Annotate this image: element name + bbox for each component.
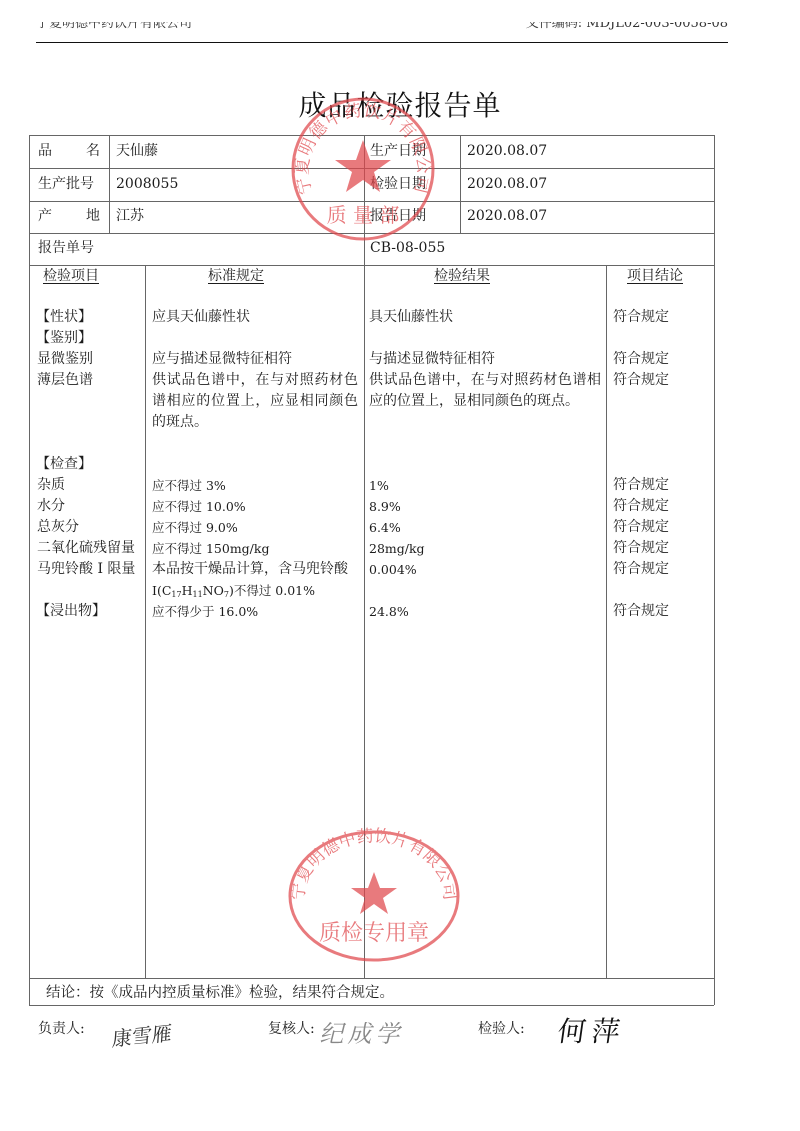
table-border-right (714, 135, 715, 1005)
table-row-item: 总灰分 (37, 517, 79, 538)
table-row-conclusion: 符合规定 (613, 349, 669, 370)
origin-value: 江苏 (116, 206, 144, 227)
table-row-item: 马兜铃酸 I 限量 (37, 559, 135, 580)
col-divider (145, 265, 146, 978)
row-divider (29, 233, 714, 234)
reviewer-label: 复核人: (268, 1018, 315, 1038)
overall-conclusion: 结论：按《成品内控质量标准》检验，结果符合规定。 (46, 983, 394, 1004)
table-row-standard: 应不得过 3% (152, 475, 226, 496)
quality-inspection-seal: 宁夏明德中药饮片有限公司 质检专用章 (284, 826, 464, 966)
table-row-conclusion: 符合规定 (613, 475, 669, 496)
table-row-standard: 应不得过 10.0% (152, 496, 246, 517)
table-row-standard: 供试品色谱中，在与对照药材色谱相应的位置上，应显相同颜色的斑点。 (152, 370, 358, 433)
table-row-item: 水分 (37, 496, 65, 517)
table-border-top (29, 135, 714, 136)
production-date-value: 2020.08.07 (467, 141, 547, 162)
table-row-standard: 应不得过 9.0% (152, 517, 238, 538)
table-row-result: 0.004% (369, 559, 417, 580)
table-row-conclusion: 符合规定 (613, 517, 669, 538)
table-row-result: 8.9% (369, 496, 401, 517)
table-row-result: 与描述显微特征相符 (369, 349, 495, 370)
row-divider (29, 978, 714, 979)
col-header-result: 检验结果 (434, 266, 490, 287)
responsible-signature: 康雪雁 (111, 1017, 173, 1053)
table-row-item: 杂质 (37, 475, 65, 496)
table-row-result: 24.8% (369, 601, 409, 622)
table-row-item: 显微鉴别 (37, 349, 93, 370)
company-name: 宁夏明德中药饮片有限公司 (36, 22, 192, 30)
svg-text:宁夏明德中药饮片有限公司: 宁夏明德中药饮片有限公司 (288, 826, 459, 901)
table-row-standard: 应不得过 150mg/kg (152, 538, 269, 559)
table-row-result: 1% (369, 475, 389, 496)
col-divider (460, 135, 461, 233)
table-border-left (29, 135, 30, 1005)
report-no-label: 报告单号 (38, 238, 94, 259)
table-row-standard: 应不得少于 16.0% (152, 601, 258, 622)
table-row-item: 薄层色谱 (37, 370, 93, 391)
table-row-conclusion: 符合规定 (613, 601, 669, 622)
table-row-item: 二氧化硫残留量 (37, 538, 135, 559)
page-title: 成品检验报告单 (40, 84, 760, 124)
product-name-label: 品名 (38, 141, 100, 162)
table-row-item: 【浸出物】 (36, 601, 106, 622)
table-row-conclusion: 符合规定 (613, 538, 669, 559)
production-date-label: 生产日期 (370, 141, 426, 162)
col-divider (606, 265, 607, 978)
table-row-result: 供试品色谱中，在与对照药材色谱相应的位置上，显相同颜色的斑点。 (369, 370, 601, 412)
document-code: 文件编码: MDJL02-003-0058-08 (526, 22, 728, 30)
table-border-bottom (29, 1005, 714, 1006)
origin-label: 产地 (38, 206, 100, 227)
table-row-result: 具天仙藤性状 (369, 307, 453, 328)
report-date-value: 2020.08.07 (467, 206, 547, 227)
table-row-conclusion: 符合规定 (613, 307, 669, 328)
product-name-value: 天仙藤 (116, 141, 158, 162)
svg-text:质检专用章: 质检专用章 (319, 921, 429, 946)
table-row-item: 【鉴别】 (36, 328, 92, 349)
col-divider (364, 135, 365, 265)
col-header-item: 检验项目 (43, 266, 99, 287)
inspector-label: 检验人: (478, 1018, 525, 1038)
col-divider (109, 135, 110, 233)
inspector-signature: 何萍 (555, 1010, 629, 1050)
table-row-standard-formula: I(C17H11NO7)不得过 0.01% (152, 580, 315, 601)
col-header-standard: 标准规定 (208, 266, 264, 287)
table-row-result: 28mg/kg (369, 538, 425, 559)
row-divider (29, 265, 714, 266)
table-row-standard: 应与描述显微特征相符 (152, 349, 292, 370)
batch-label: 生产批号 (38, 174, 94, 195)
header-rule (36, 42, 728, 43)
table-row-item: 【检查】 (36, 454, 92, 475)
running-header: 宁夏明德中药饮片有限公司 文件编码: MDJL02-003-0058-08 (36, 22, 728, 42)
inspection-date-value: 2020.08.07 (467, 174, 547, 195)
col-divider (364, 265, 365, 978)
table-row-conclusion: 符合规定 (613, 496, 669, 517)
table-row-conclusion: 符合规定 (613, 559, 669, 580)
row-divider (29, 201, 714, 202)
table-row-standard: 本品按干燥品计算，含马兜铃酸 (152, 559, 348, 580)
report-no-value: CB-08-055 (370, 238, 445, 259)
reviewer-signature: 纪成学 (318, 1014, 411, 1049)
responsible-label: 负责人: (38, 1018, 85, 1038)
table-row-result: 6.4% (369, 517, 401, 538)
batch-value: 2008055 (116, 174, 178, 195)
report-date-label: 报告日期 (370, 206, 426, 227)
table-row-standard: 应具天仙藤性状 (152, 307, 250, 328)
star-icon (351, 872, 397, 914)
inspection-date-label: 检验日期 (370, 174, 426, 195)
row-divider (29, 168, 714, 169)
col-header-conclusion: 项目结论 (627, 266, 683, 287)
table-row-item: 【性状】 (36, 307, 92, 328)
table-row-conclusion: 符合规定 (613, 370, 669, 391)
